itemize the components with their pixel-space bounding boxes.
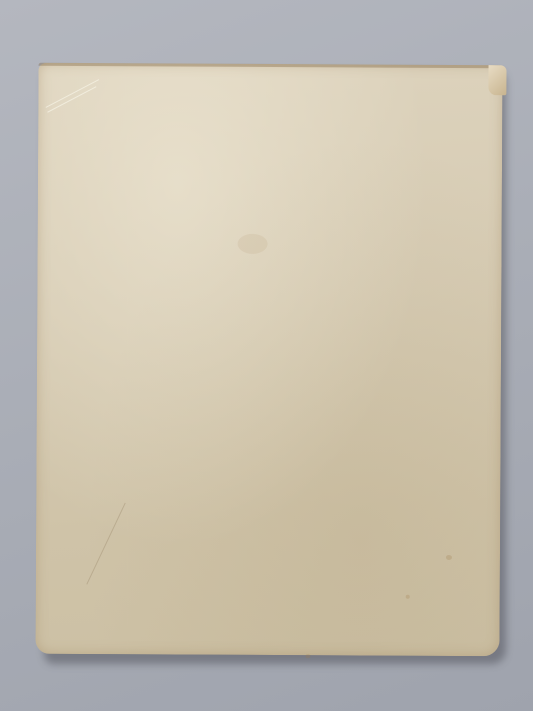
stain-1 [305,654,310,658]
card-top-edge [39,63,503,68]
crease-top-left-1 [46,79,100,108]
aged-blank-card [35,63,502,656]
crease-top-left-2 [47,86,96,112]
stain-2 [406,595,410,599]
stain-3 [446,555,452,560]
bent-corner [488,65,506,95]
stain-4 [238,234,268,254]
crease-bottom-left [86,503,125,585]
